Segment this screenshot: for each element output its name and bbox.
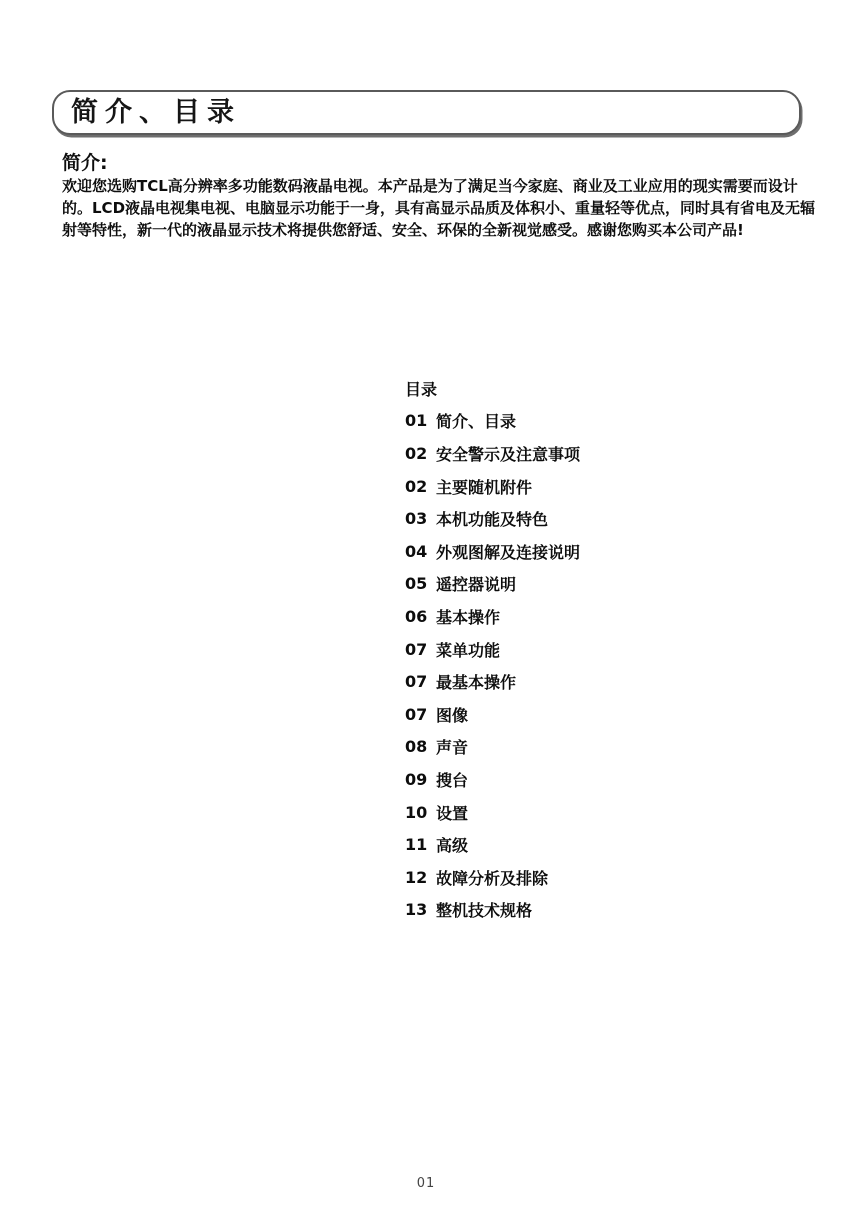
intro-line: 射等特性，新一代的液晶显示技术将提供您舒适、安全、环保的全新视觉感受。感谢您购买… xyxy=(62,219,774,241)
toc-heading-label: 目录 xyxy=(405,377,437,400)
toc-entry-page: 07 xyxy=(405,705,429,724)
toc-entry: 13 整机技术规格 xyxy=(405,894,580,927)
toc-entry: 05 遥控器说明 xyxy=(405,568,580,601)
toc-entry-page: 06 xyxy=(405,607,429,626)
toc-entry-label: 搜台 xyxy=(436,768,468,791)
toc-entry-page: 11 xyxy=(405,835,429,854)
toc-entry: 11 高级 xyxy=(405,828,580,861)
toc-entry-page: 02 xyxy=(405,444,429,463)
toc-entry-page: 12 xyxy=(405,868,429,887)
intro-line: 的。LCD液晶电视集电视、电脑显示功能于一身，具有高显示品质及体积小、重量轻等优… xyxy=(62,197,774,219)
toc-entry-label: 整机技术规格 xyxy=(436,898,532,921)
toc-entry-label: 设置 xyxy=(436,801,468,824)
toc-entry-label: 遥控器说明 xyxy=(436,572,516,595)
toc-entry-page: 13 xyxy=(405,900,429,919)
toc-entry: 09 搜台 xyxy=(405,763,580,796)
toc-entry: 03 本机功能及特色 xyxy=(405,502,580,535)
toc-entry: 12 故障分析及排除 xyxy=(405,861,580,894)
toc-entry: 02 主要随机附件 xyxy=(405,470,580,503)
intro-heading: 简介: xyxy=(62,148,108,175)
toc-entry: 10 设置 xyxy=(405,796,580,829)
toc-entry: 01 简介、目录 xyxy=(405,405,580,438)
toc-heading: 目录 xyxy=(405,372,580,405)
toc-entry-page: 02 xyxy=(405,477,429,496)
toc-entry-page: 07 xyxy=(405,640,429,659)
toc-entry-page: 09 xyxy=(405,770,429,789)
toc-entry: 02 安全警示及注意事项 xyxy=(405,437,580,470)
toc-entry: 08 声音 xyxy=(405,731,580,764)
toc-entry: 06 基本操作 xyxy=(405,600,580,633)
toc-entry-page: 10 xyxy=(405,803,429,822)
toc-entry-label: 基本操作 xyxy=(436,605,500,628)
toc-entry-page: 03 xyxy=(405,509,429,528)
toc-entry: 04 外观图解及连接说明 xyxy=(405,535,580,568)
manual-page: 简介、目录 简介: 欢迎您选购TCL高分辨率多功能数码液晶电视。本产品是为了满足… xyxy=(0,0,852,1231)
toc-entry-label: 最基本操作 xyxy=(436,670,516,693)
toc-entry-label: 高级 xyxy=(436,833,468,856)
intro-line: 欢迎您选购TCL高分辨率多功能数码液晶电视。本产品是为了满足当今家庭、商业及工业… xyxy=(62,175,774,197)
intro-paragraph: 欢迎您选购TCL高分辨率多功能数码液晶电视。本产品是为了满足当今家庭、商业及工业… xyxy=(62,175,774,241)
toc-entry-label: 安全警示及注意事项 xyxy=(436,442,580,465)
toc-entry-page: 01 xyxy=(405,411,429,430)
page-number: 01 xyxy=(0,1176,852,1191)
toc-entry-label: 故障分析及排除 xyxy=(436,866,548,889)
toc-entry-page: 08 xyxy=(405,737,429,756)
section-title-box: 简介、目录 xyxy=(52,90,801,135)
toc-entry-page: 07 xyxy=(405,672,429,691)
toc-entry: 07 菜单功能 xyxy=(405,633,580,666)
toc-entry-label: 声音 xyxy=(436,735,468,758)
toc-entry: 07 图像 xyxy=(405,698,580,731)
toc-entry-label: 主要随机附件 xyxy=(436,475,532,498)
toc-entry-label: 本机功能及特色 xyxy=(436,507,548,530)
toc-entry-label: 外观图解及连接说明 xyxy=(436,540,580,563)
table-of-contents: 目录 01 简介、目录 02 安全警示及注意事项 02 主要随机附件 03 本机… xyxy=(405,372,580,926)
page-title: 简介、目录 xyxy=(71,99,241,126)
toc-entry-label: 简介、目录 xyxy=(436,409,516,432)
toc-entry-label: 菜单功能 xyxy=(436,638,500,661)
toc-entry: 07 最基本操作 xyxy=(405,665,580,698)
toc-entry-page: 04 xyxy=(405,542,429,561)
toc-entry-page: 05 xyxy=(405,574,429,593)
toc-entry-label: 图像 xyxy=(436,703,468,726)
